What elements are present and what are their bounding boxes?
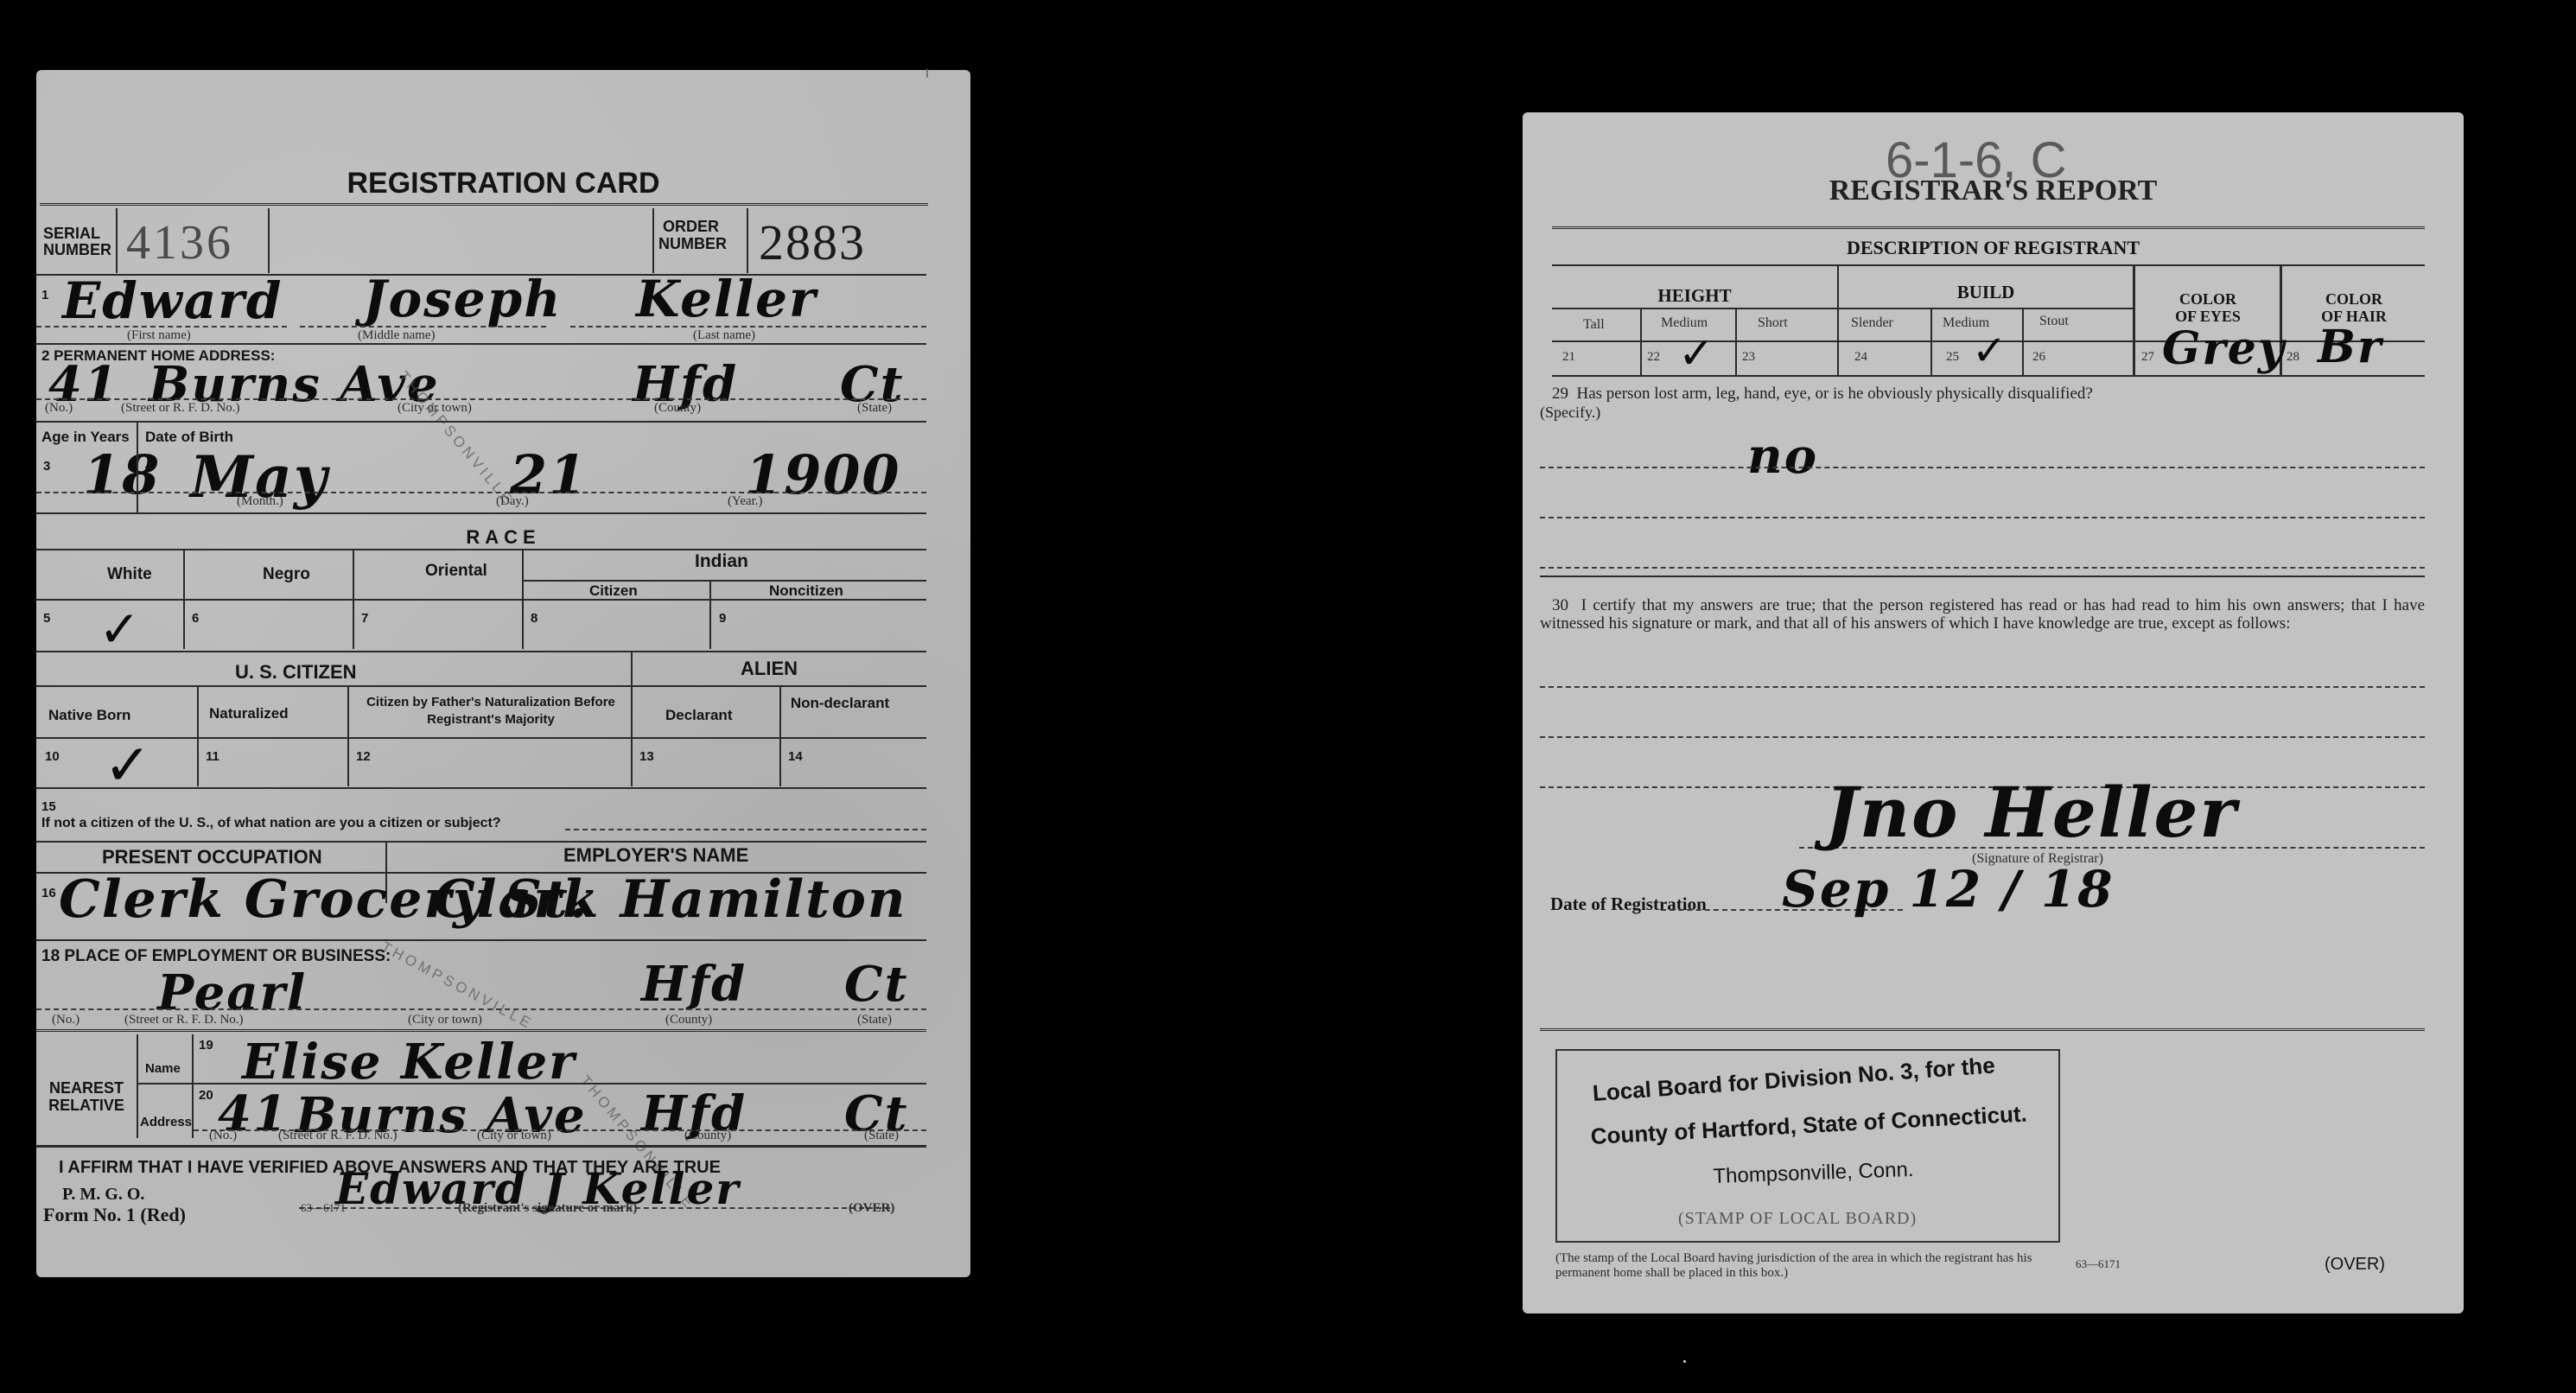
divider: [347, 686, 349, 786]
dash: [300, 326, 546, 328]
q23-number: 23: [1742, 351, 1755, 364]
q22-number: 22: [1647, 351, 1660, 364]
date-of-registration-value: Sep 12 / 18: [1782, 864, 2115, 914]
birth-year: 1900: [745, 448, 901, 502]
declarant-label: Declarant: [665, 708, 732, 722]
divider: [747, 208, 748, 273]
divider: [652, 208, 654, 273]
divider: [137, 423, 138, 512]
dob-label: Date of Birth: [145, 429, 233, 444]
print-code: 63—6171: [301, 1202, 346, 1213]
q6-number: 6: [192, 611, 199, 626]
divider: [709, 580, 711, 649]
caption-county: (County): [684, 1129, 731, 1142]
divider: [2022, 309, 2024, 375]
q27-number: 27: [2141, 351, 2154, 364]
rule: [1552, 308, 2133, 309]
nearest-relative-label-1: NEAREST: [36, 1079, 137, 1097]
rule: [1540, 1028, 2425, 1034]
divider: [779, 686, 781, 786]
rule: [36, 841, 926, 843]
q21-number: 21: [1562, 351, 1575, 364]
age-value: 18: [83, 448, 161, 502]
form-number: Form No. 1 (Red): [43, 1204, 186, 1226]
q16-number: 16: [41, 886, 56, 900]
serial-number: 4136: [126, 215, 233, 270]
serial-label-1: SERIAL: [43, 226, 100, 241]
dash: [36, 1008, 926, 1010]
description-title: DESCRIPTION OF REGISTRANT: [1523, 237, 2464, 259]
dash: [36, 398, 926, 400]
q25-number: 25: [1946, 351, 1959, 364]
relative-name-value: Elise Keller: [242, 1038, 576, 1086]
order-number: 2883: [759, 213, 866, 271]
divider: [197, 686, 199, 786]
middle-name-value: Joseph: [363, 274, 562, 324]
q30-number: 30: [1552, 596, 1568, 614]
race-white-check-icon: ✓: [99, 604, 141, 654]
q13-number: 13: [639, 749, 654, 764]
dash: [1540, 467, 2425, 468]
dash: [565, 829, 926, 830]
card-title: REGISTRATION CARD: [36, 167, 970, 200]
caption-city: (City or town): [477, 1129, 551, 1142]
q26-number: 26: [2032, 351, 2045, 364]
registration-card: REGISTRATION CARD SERIAL NUMBER 4136 ORD…: [36, 70, 970, 1277]
divider: [631, 652, 633, 786]
stamp-caption: (STAMP OF LOCAL BOARD): [1678, 1210, 1917, 1227]
last-name-value: Keller: [636, 274, 817, 324]
caption-city: (City or town): [398, 402, 472, 415]
race-negro-label: Negro: [263, 566, 310, 582]
q10-number: 10: [45, 749, 60, 764]
rule: [36, 787, 926, 789]
occupation-label: PRESENT OCCUPATION: [102, 846, 322, 868]
height-medium-check-icon: ✓: [1678, 332, 1714, 375]
q11-number: 11: [206, 749, 219, 764]
rule: [524, 580, 926, 582]
indian-citizen-label: Citizen: [589, 583, 638, 598]
rule: [36, 685, 926, 687]
race-oriental-label: Oriental: [425, 563, 487, 579]
build-medium-check-icon: ✓: [1972, 330, 2007, 372]
dash: [1540, 517, 2425, 518]
caption-day: (Day.): [496, 495, 529, 508]
q20-number: 20: [199, 1088, 213, 1103]
order-label-1: ORDER: [663, 219, 719, 234]
divider: [1640, 309, 1642, 375]
rule: [36, 599, 926, 601]
dust-speck: [1683, 1360, 1686, 1363]
rule: [36, 1145, 926, 1148]
q30-text: 30 I certify that my answers are true; t…: [1540, 596, 2425, 633]
q15-question: If not a citizen of the U. S., of what n…: [41, 817, 501, 830]
height-title: HEIGHT: [1552, 285, 1837, 307]
pmgo-label: P. M. G. O.: [62, 1185, 144, 1205]
q7-number: 7: [361, 611, 368, 626]
dash: [36, 326, 287, 328]
native-born-label: Native Born: [48, 708, 130, 722]
q4-number: 4: [145, 459, 152, 474]
divider: [192, 1034, 194, 1138]
rule: [1552, 226, 2425, 232]
first-name-value: Edward: [62, 276, 283, 326]
caption-state: (State): [857, 1014, 892, 1027]
stamp-footnote: (The stamp of the Local Board having jur…: [1555, 1251, 2039, 1281]
race-indian-label: Indian: [695, 552, 748, 570]
q9-number: 9: [719, 611, 726, 626]
q3-number: 3: [43, 459, 50, 474]
nondeclarant-label: Non-declarant: [788, 694, 892, 713]
print-code: 63—6171: [2076, 1258, 2121, 1269]
rule: [1552, 340, 2133, 342]
caption-state: (State): [857, 402, 892, 415]
height-tall-label: Tall: [1583, 318, 1605, 332]
employer-value: Clark Hamilton: [434, 874, 907, 925]
q14-number: 14: [788, 749, 803, 764]
q29-question: 29 Has person lost arm, leg, hand, eye, …: [1552, 385, 2093, 402]
eyes-title-1: COLOR: [2138, 290, 2278, 308]
rule: [36, 651, 926, 652]
rule: [36, 549, 926, 550]
caption-year: (Year.): [728, 495, 763, 508]
caption-street: (Street or R. F. D. No.): [278, 1129, 398, 1142]
q29-number: 29: [1552, 385, 1568, 403]
employer-label: EMPLOYER'S NAME: [563, 844, 748, 867]
q19-number: 19: [199, 1038, 213, 1053]
rule: [36, 421, 926, 423]
eye-color-value: Grey: [2162, 327, 2286, 372]
alien-title: ALIEN: [741, 658, 798, 680]
rule: [36, 737, 926, 739]
caption-no: (No.): [209, 1129, 237, 1142]
race-title: RACE: [36, 526, 970, 549]
dash: [1540, 686, 2425, 688]
employment-county: Hfd: [641, 960, 747, 1008]
order-label-2: NUMBER: [658, 236, 727, 251]
q8-number: 8: [531, 611, 537, 626]
divider: [137, 1034, 138, 1138]
naturalized-label: Naturalized: [209, 706, 289, 721]
dash: [1540, 567, 2425, 569]
first-name-caption: (First name): [127, 329, 191, 342]
hair-title-1: COLOR: [2283, 290, 2425, 308]
q15-number: 15: [41, 799, 56, 814]
q5-number: 5: [43, 611, 50, 626]
divider: [1837, 266, 1839, 375]
employment-state: Ct: [844, 960, 908, 1008]
dash: [1540, 736, 2425, 738]
q29-answer: no: [1747, 432, 1818, 480]
dash: [140, 492, 926, 493]
rule: [36, 512, 926, 514]
caption-state: (State): [864, 1129, 899, 1142]
divider: [116, 208, 118, 273]
q28-number: 28: [2287, 351, 2299, 364]
over-label: (OVER): [849, 1202, 894, 1215]
build-slender-label: Slender: [1851, 316, 1893, 330]
caption-county: (County): [665, 1014, 712, 1027]
caption-no: (No.): [45, 402, 73, 415]
indian-noncitizen-label: Noncitizen: [769, 583, 843, 598]
signature-caption: (Registrant's signature or mark): [458, 1202, 637, 1215]
relative-name-label: Name: [145, 1062, 181, 1075]
divider: [1930, 309, 1932, 375]
q1-number: 1: [41, 288, 48, 302]
citizen-by-father-label: Citizen by Father's Naturalization Befor…: [354, 694, 627, 728]
build-title: BUILD: [1839, 282, 2133, 303]
divider: [268, 208, 270, 273]
report-title: REGISTRAR'S REPORT: [1523, 175, 2464, 207]
relative-address-label: Address: [140, 1116, 192, 1129]
divider: [2133, 266, 2135, 375]
caption-city: (City or town): [408, 1014, 482, 1027]
rule: [36, 343, 926, 345]
thompsonville-postmark: THOMPSONVILLE: [395, 368, 518, 509]
place-of-employment-label: 18 PLACE OF EMPLOYMENT OR BUSINESS:: [41, 948, 391, 964]
height-short-label: Short: [1758, 316, 1788, 330]
dash: [570, 326, 926, 328]
registrar-signature: Jno Heller: [1825, 778, 2238, 847]
q24-number: 24: [1854, 351, 1867, 364]
age-label: Age in Years: [41, 429, 130, 444]
middle-name-caption: (Middle name): [358, 329, 436, 342]
date-of-registration-label: Date of Registration: [1550, 894, 1707, 915]
hair-color-value: Br: [2318, 325, 2382, 370]
q29-text: Has person lost arm, leg, hand, eye, or …: [1577, 385, 2093, 403]
caption-street: (Street or R. F. D. No.): [124, 1014, 244, 1027]
divider: [1735, 309, 1737, 375]
rule: [1540, 576, 2425, 577]
last-name-caption: (Last name): [693, 329, 755, 342]
serial-label-2: NUMBER: [43, 242, 111, 258]
build-stout-label: Stout: [2039, 315, 2069, 328]
rule: [138, 1083, 926, 1085]
title-rule: [40, 203, 928, 209]
q12-number: 12: [356, 749, 371, 764]
nearest-relative-label-2: RELATIVE: [36, 1097, 137, 1115]
dust-speck: [926, 69, 928, 78]
caption-street: (Street or R. F. D. No.): [121, 402, 240, 415]
caption-no: (No.): [52, 1014, 80, 1027]
rule: [1552, 375, 2425, 377]
caption-county: (County): [654, 402, 701, 415]
native-born-check-icon: ✓: [104, 737, 151, 794]
race-white-label: White: [107, 566, 152, 582]
us-citizen-title: U. S. CITIZEN: [235, 661, 357, 684]
q30-body: I certify that my answers are true; that…: [1540, 596, 2425, 633]
over-label: (OVER): [2325, 1255, 2385, 1275]
rule: [1552, 264, 2425, 266]
caption-month: (Month.): [237, 495, 283, 508]
rule: [36, 939, 926, 941]
specify-label: (Specify.): [1540, 404, 1600, 420]
registrars-report-card: 6-1-6, C REGISTRAR'S REPORT DESCRIPTION …: [1523, 112, 2464, 1313]
dash: [36, 492, 135, 493]
